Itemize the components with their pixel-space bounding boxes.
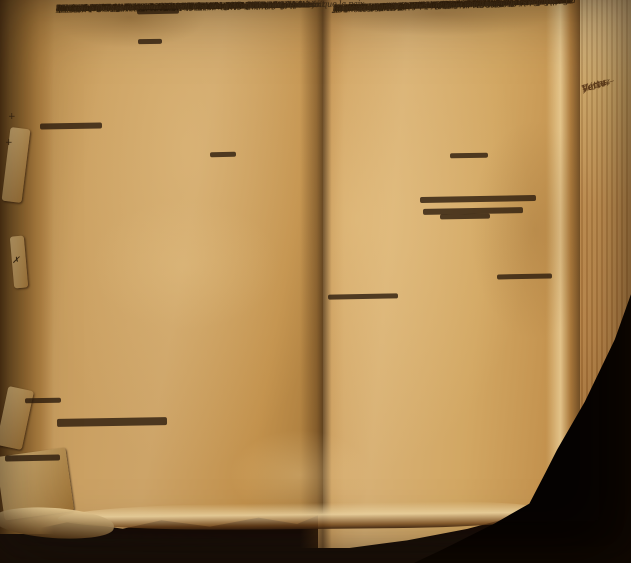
ink-strikethrough-mark — [210, 152, 236, 157]
margin-mark: ✗ — [12, 256, 20, 266]
paper-stain — [90, 200, 280, 330]
manuscript-photo: Portez— t —7 bes—fuitesVertu,Vertu,Vertu… — [0, 0, 631, 563]
ink-strikethrough-mark — [440, 214, 490, 220]
ink-strikethrough-mark — [137, 9, 179, 15]
ink-strikethrough-mark — [5, 455, 60, 462]
ink-strikethrough-mark — [497, 274, 552, 280]
ink-strikethrough-mark — [138, 39, 162, 44]
ink-strikethrough-mark — [25, 398, 61, 404]
paper-stain — [470, 120, 600, 340]
ink-strikethrough-mark — [450, 153, 488, 159]
margin-mark: + — [5, 138, 13, 148]
margin-mark: + — [8, 112, 16, 122]
ink-strikethrough-mark — [40, 122, 102, 129]
